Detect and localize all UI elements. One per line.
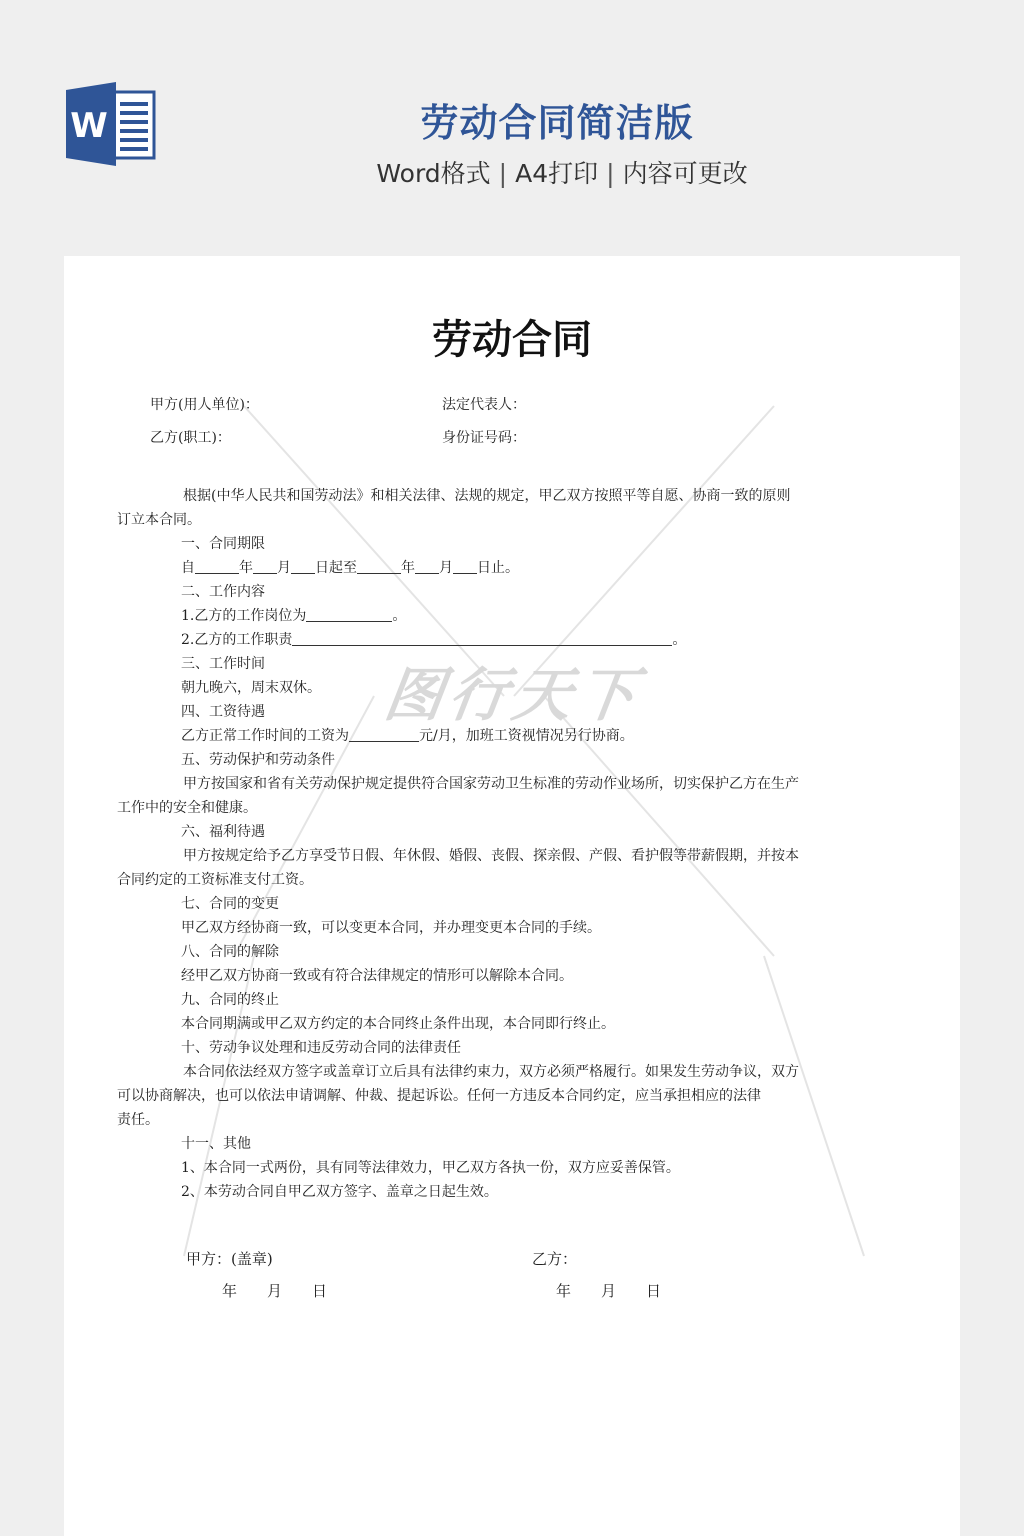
subtitle-format: Word格式 [376,159,490,188]
party-a-date: 年月日 [222,1280,357,1301]
section-item: 2、本劳动合同自甲乙双方签字、盖章之日起生效。 [150,1180,876,1204]
salary-blank[interactable] [349,727,419,742]
salary-line: 乙方正常工作时间的工资为元/月，加班工资视情况另行协商。 [150,724,876,748]
section-body: 本合同依法经双方签字或盖章订立后具有法律约束力，双方必须严格履行。如果发生劳动争… [150,1060,876,1132]
document-title: 劳动合同 [64,308,960,365]
section-title: 一、合同期限 [150,532,876,556]
section-body: 甲方按规定给予乙方享受节日假、年休假、婚假、丧假、探亲假、产假、看护假等带薪假期… [150,844,876,892]
section-body: 甲方按国家和省有关劳动保护规定提供符合国家劳动卫生标准的劳动作业场所，切实保护乙… [150,772,876,820]
section-title: 四、工资待遇 [150,700,876,724]
section-title: 六、福利待遇 [150,820,876,844]
start-day-blank[interactable] [291,559,315,574]
start-year-blank[interactable] [195,559,239,574]
legal-rep-label: 法定代表人： [442,394,526,414]
section-title: 九、合同的终止 [150,988,876,1012]
id-number-label: 身份证号码： [442,427,526,447]
subtitle-editable: 内容可更改 [623,159,748,188]
contract-body: 根据(中华人民共和国劳动法》和相关法律、法规的规定，甲乙双方按照平等自愿、协商一… [150,484,876,1204]
job-duties-line: 2.乙方的工作职责。 [150,628,876,652]
section-title: 二、工作内容 [150,580,876,604]
section-title: 十、劳动争议处理和违反劳动合同的法律责任 [150,1036,876,1060]
subtitle-print: A4打印 [515,159,598,188]
party-row-1: 甲方(用人单位)： 法定代表人： [150,394,259,414]
section-body: 甲乙双方经协商一致，可以变更本合同，并办理变更本合同的手续。 [150,916,876,940]
job-duties-blank[interactable] [292,631,672,646]
section-title: 三、工作时间 [150,652,876,676]
party-a-signature: 甲方：(盖章) [186,1248,273,1269]
section-body: 本合同期满或甲乙双方约定的本合同终止条件出现，本合同即行终止。 [150,1012,876,1036]
party-a-label: 甲方(用人单位)： [150,397,259,413]
party-b-label: 乙方(职工)： [150,430,231,446]
section-item: 1、本合同一式两份，具有同等法律效力，甲乙双方各执一份，双方应妥善保管。 [150,1156,876,1180]
start-month-blank[interactable] [253,559,277,574]
job-position-blank[interactable] [306,607,392,622]
preamble: 根据(中华人民共和国劳动法》和相关法律、法规的规定，甲乙双方按照平等自愿、协商一… [150,484,876,532]
end-day-blank[interactable] [453,559,477,574]
section-title: 七、合同的变更 [150,892,876,916]
end-month-blank[interactable] [415,559,439,574]
section-body: 朝九晚六，周末双休。 [150,676,876,700]
separator: | [606,159,614,188]
party-b-signature: 乙方： [532,1248,577,1269]
banner-subtitle: Word格式|A4打印|内容可更改 [0,154,1024,190]
section-body: 经甲乙双方协商一致或有符合法律规定的情形可以解除本合同。 [150,964,876,988]
separator: | [499,159,507,188]
banner-header: W 劳动合同简洁版 Word格式|A4打印|内容可更改 [0,0,1024,256]
contract-term-line: 自年月日起至年月日止。 [150,556,876,580]
end-year-blank[interactable] [357,559,401,574]
job-position-line: 1.乙方的工作岗位为。 [150,604,876,628]
party-row-2: 乙方(职工)： 身份证号码： [150,427,231,447]
section-title: 八、合同的解除 [150,940,876,964]
party-b-date: 年月日 [556,1280,691,1301]
document-page: 图行天下 劳动合同 甲方(用人单位)： 法定代表人： 乙方(职工)： 身份证号码… [64,256,960,1536]
section-title: 五、劳动保护和劳动条件 [150,748,876,772]
section-title: 十一、其他 [150,1132,876,1156]
banner-title: 劳动合同简洁版 [0,92,1024,147]
